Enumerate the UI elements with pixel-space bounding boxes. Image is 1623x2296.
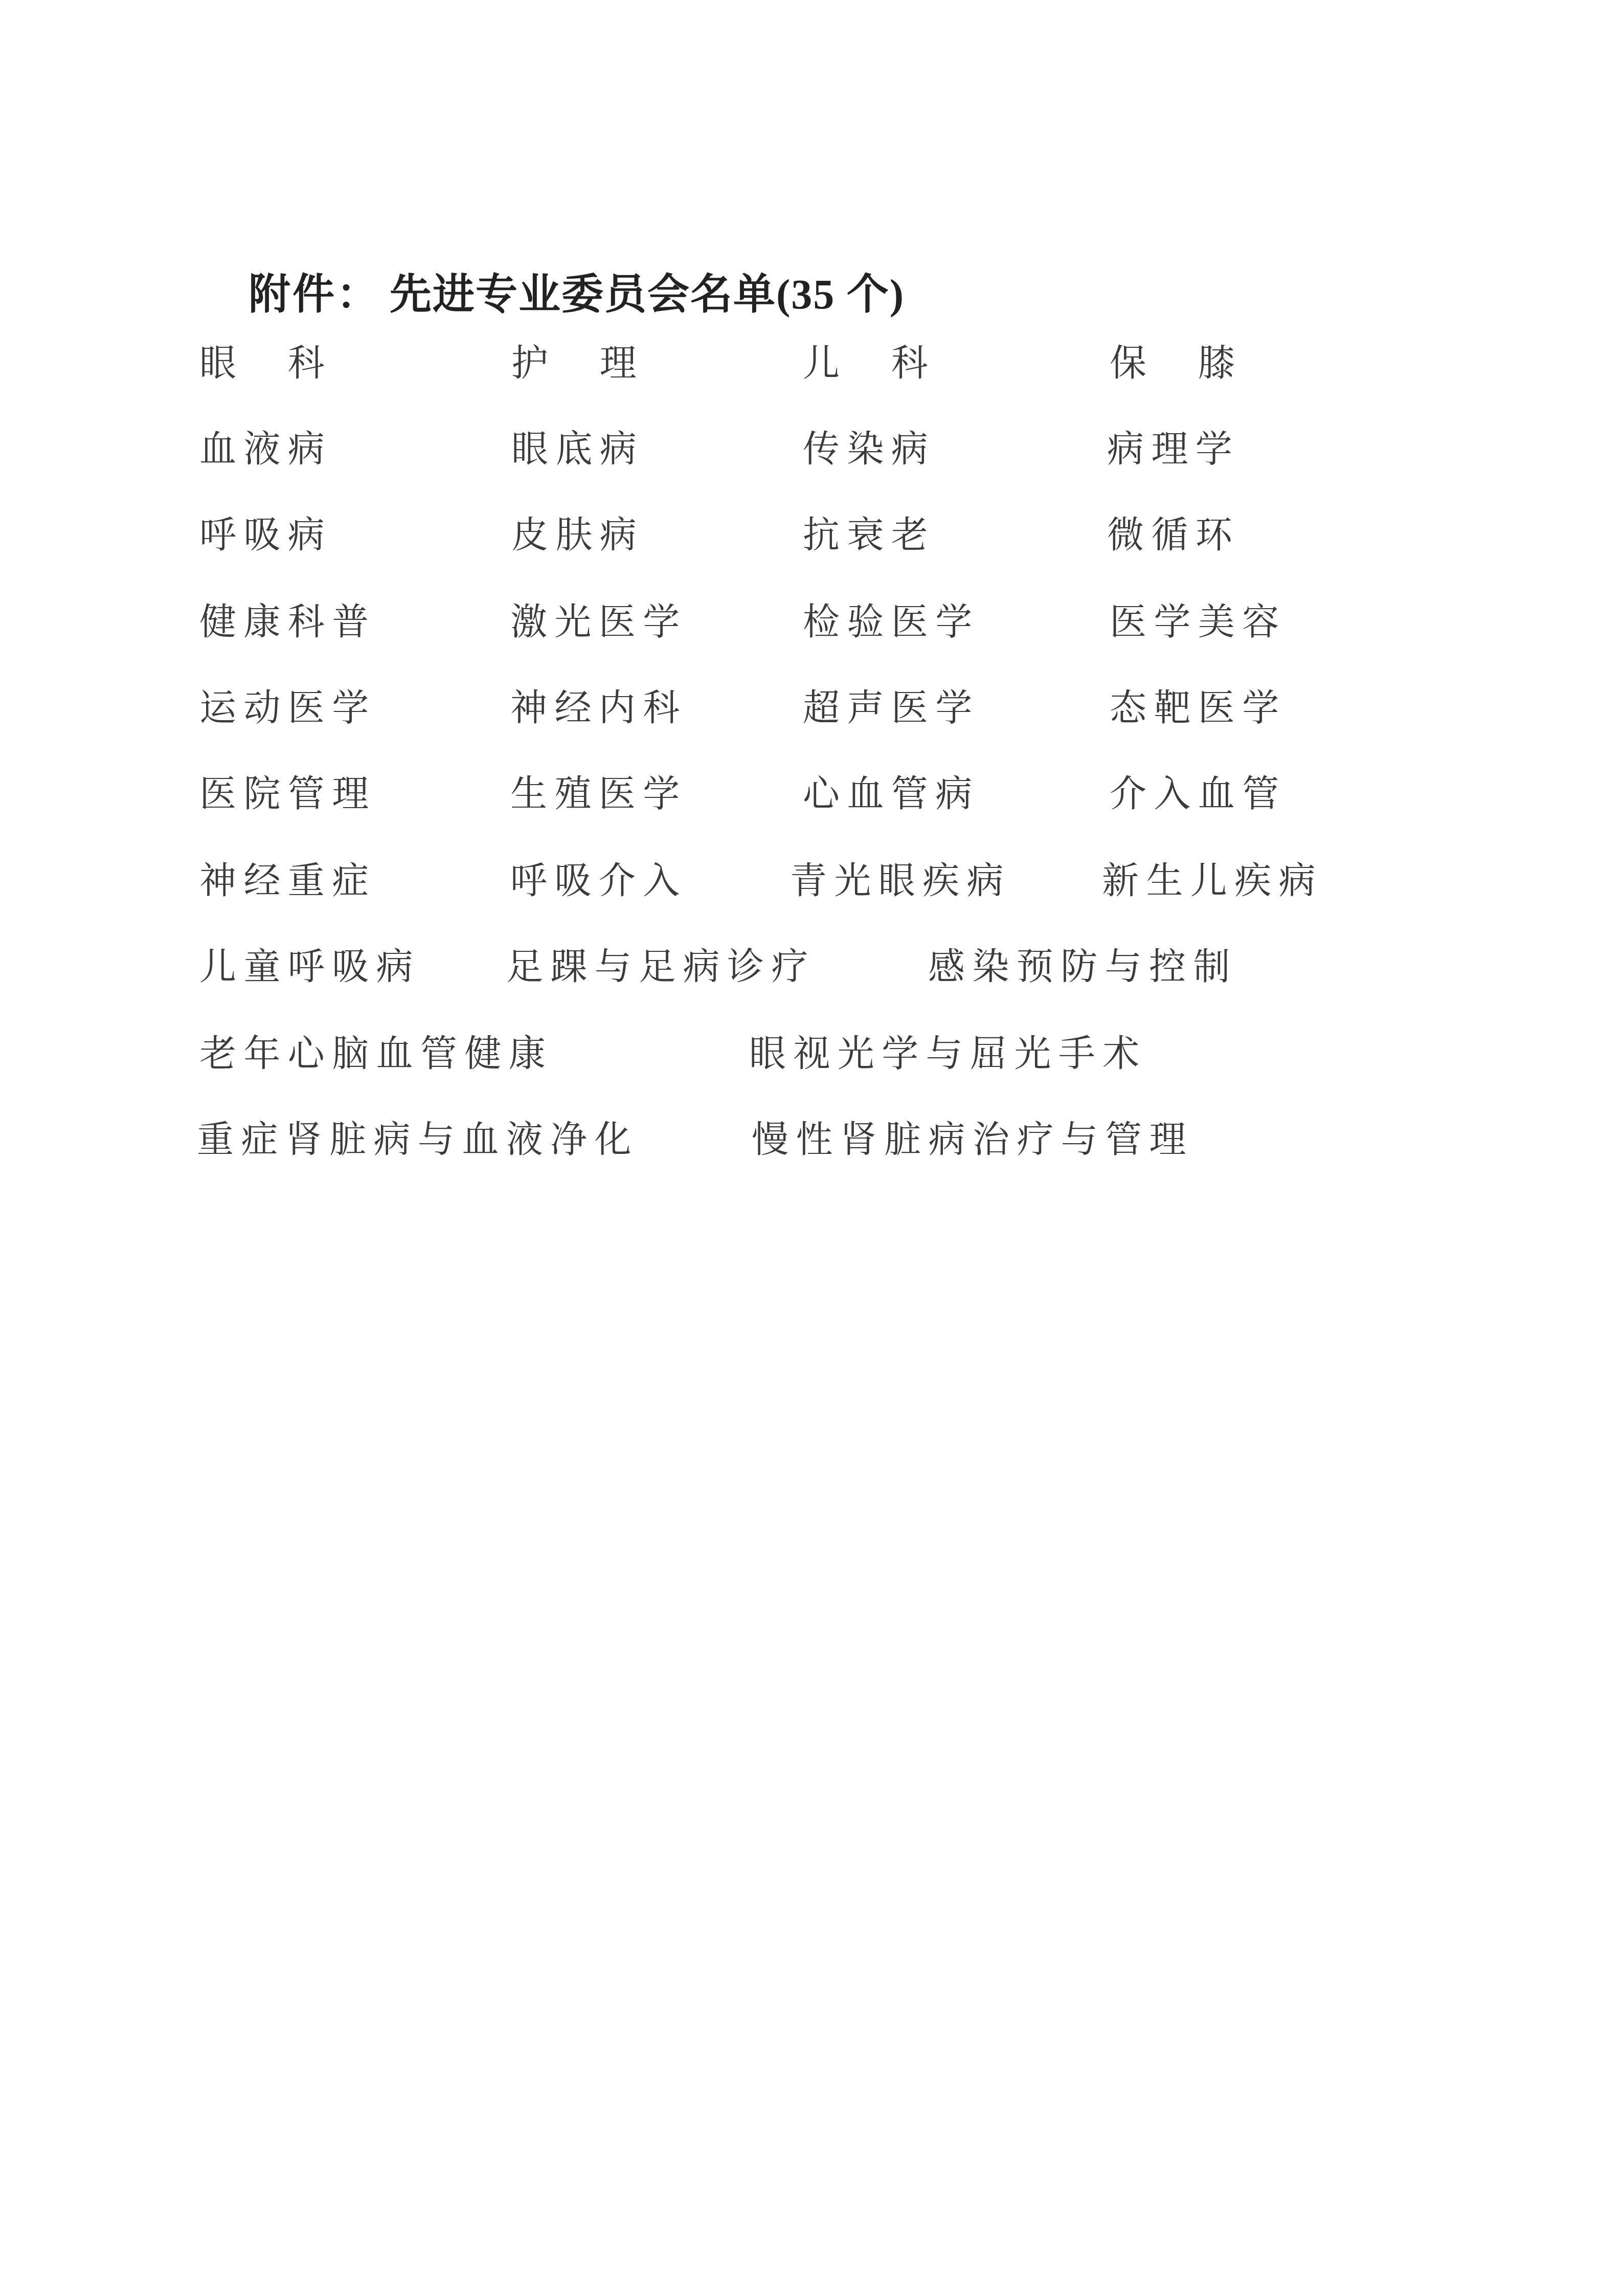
committee-item: 护 理	[511, 338, 644, 389]
committee-item: 呼吸病	[199, 509, 332, 561]
committee-row-8: 儿童呼吸病 足踝与足病诊疗 感染预防与控制	[0, 941, 1623, 997]
committee-row-2: 血液病 眼底病 传染病 病理学	[0, 423, 1623, 480]
committee-item: 血液病	[199, 423, 332, 475]
committee-row-1: 眼 科 护 理 儿 科 保 膝	[0, 338, 1623, 394]
committee-item: 慢性肾脏病治疗与管理	[752, 1114, 1193, 1165]
committee-item: 抗衰老	[803, 509, 935, 561]
attachment-title-text: 先进专业委员会名单(35 个)	[390, 271, 905, 318]
committee-item: 运动医学	[199, 682, 376, 733]
committee-row-3: 呼吸病 皮肤病 抗衰老 微循环	[0, 509, 1623, 566]
committee-item: 健康科普	[199, 596, 376, 648]
committee-item: 心血管病	[803, 768, 980, 819]
committee-item: 老年心脑血管健康	[199, 1028, 553, 1079]
committee-item: 儿 科	[803, 338, 935, 389]
committee-item: 介入血管	[1110, 768, 1287, 819]
committee-item: 医院管理	[199, 768, 376, 819]
committee-item: 神经重症	[199, 855, 376, 906]
committee-item: 保 膝	[1110, 338, 1242, 389]
committee-item: 医学美容	[1110, 596, 1287, 648]
committee-item: 儿童呼吸病	[199, 941, 420, 992]
committee-row-9: 老年心脑血管健康 眼视光学与屈光手术	[0, 1028, 1623, 1084]
committee-item: 病理学	[1107, 423, 1239, 475]
committee-item: 生殖医学	[510, 768, 687, 819]
committee-row-7: 神经重症 呼吸介入 青光眼疾病 新生儿疾病	[0, 855, 1623, 911]
committee-row-5: 运动医学 神经内科 超声医学 态靶医学	[0, 682, 1623, 739]
committee-item: 检验医学	[803, 596, 980, 648]
committee-item: 眼视光学与屈光手术	[749, 1028, 1147, 1079]
committee-item: 微循环	[1107, 509, 1239, 561]
attachment-label: 附件：	[249, 271, 380, 318]
committee-item: 激光医学	[510, 596, 687, 648]
committee-item: 超声医学	[803, 682, 980, 733]
committee-item: 足踝与足病诊疗	[506, 941, 816, 992]
committee-item: 眼底病	[511, 423, 644, 475]
committee-item: 神经内科	[510, 682, 687, 733]
committee-item: 呼吸介入	[510, 855, 687, 906]
committee-item: 态靶医学	[1110, 682, 1287, 733]
committee-item: 感染预防与控制	[928, 941, 1237, 992]
committee-row-4: 健康科普 激光医学 检验医学 医学美容	[0, 596, 1623, 653]
committee-item: 青光眼疾病	[790, 855, 1011, 906]
committee-item: 眼 科	[199, 338, 332, 389]
committee-item: 传染病	[803, 423, 935, 475]
committee-item: 重症肾脏病与血液净化	[197, 1114, 639, 1165]
committee-row-6: 医院管理 生殖医学 心血管病 介入血管	[0, 768, 1623, 824]
document-page: 附件：先进专业委员会名单(35 个) 眼 科 护 理 儿 科 保 膝 血液病 眼…	[0, 0, 1623, 2296]
committee-item: 皮肤病	[511, 509, 644, 561]
committee-row-10: 重症肾脏病与血液净化 慢性肾脏病治疗与管理	[0, 1114, 1623, 1170]
committee-item: 新生儿疾病	[1102, 855, 1323, 906]
